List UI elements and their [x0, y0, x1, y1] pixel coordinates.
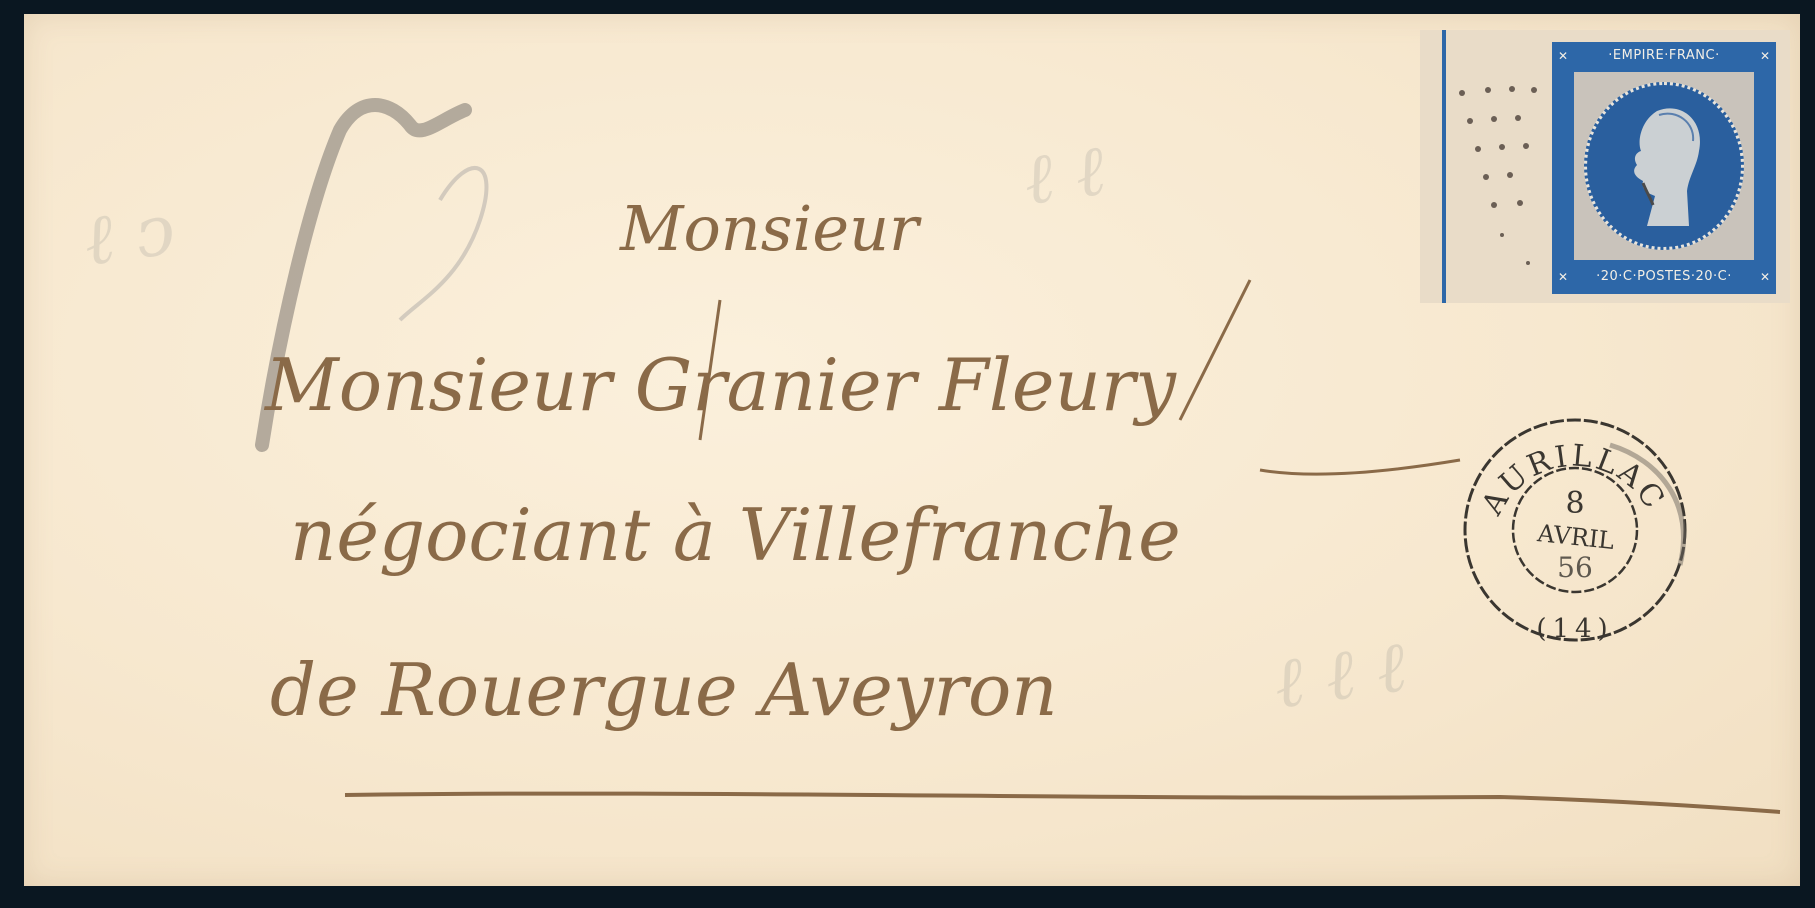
cross-ornament-icon: ✕ — [1756, 47, 1774, 65]
stamp-frame: ✕ ✕ ✕ ✕ ·EMPIRE·FRANC· ·20·C·POSTES·20·C… — [1552, 42, 1776, 294]
portrait-profile-icon — [1627, 101, 1707, 231]
stamp-bottom-legend: ·20·C·POSTES·20·C· — [1574, 268, 1754, 286]
cross-ornament-icon: ✕ — [1554, 47, 1572, 65]
selvage-margin-line — [1442, 30, 1446, 303]
address-line-2: Monsieur Granier Fleury — [263, 343, 1177, 427]
postage-stamp: ✕ ✕ ✕ ✕ ·EMPIRE·FRANC· ·20·C·POSTES·20·C… — [1540, 30, 1790, 303]
cross-ornament-icon: ✕ — [1756, 268, 1774, 286]
postmark-year: 56 — [1557, 551, 1593, 584]
lozenge-cancel-dots — [1450, 85, 1540, 275]
stamp-top-legend: ·EMPIRE·FRANC· — [1574, 47, 1754, 65]
postmark-day: 8 — [1565, 486, 1584, 521]
underline-stroke — [345, 794, 1780, 812]
address-line-1: Monsieur — [619, 192, 922, 265]
postmark-department: (14) — [1536, 614, 1613, 644]
postmark-month: AVRIL — [1535, 519, 1616, 555]
cross-ornament-icon: ✕ — [1554, 268, 1572, 286]
stamp-medallion — [1584, 82, 1744, 250]
aurillac-postmark: AURILLAC 8 AVRIL 56 (14) — [1460, 405, 1700, 645]
address-line-4: de Rouergue Aveyron — [270, 648, 1058, 732]
address-line-3: négociant à Villefranche — [290, 493, 1181, 577]
